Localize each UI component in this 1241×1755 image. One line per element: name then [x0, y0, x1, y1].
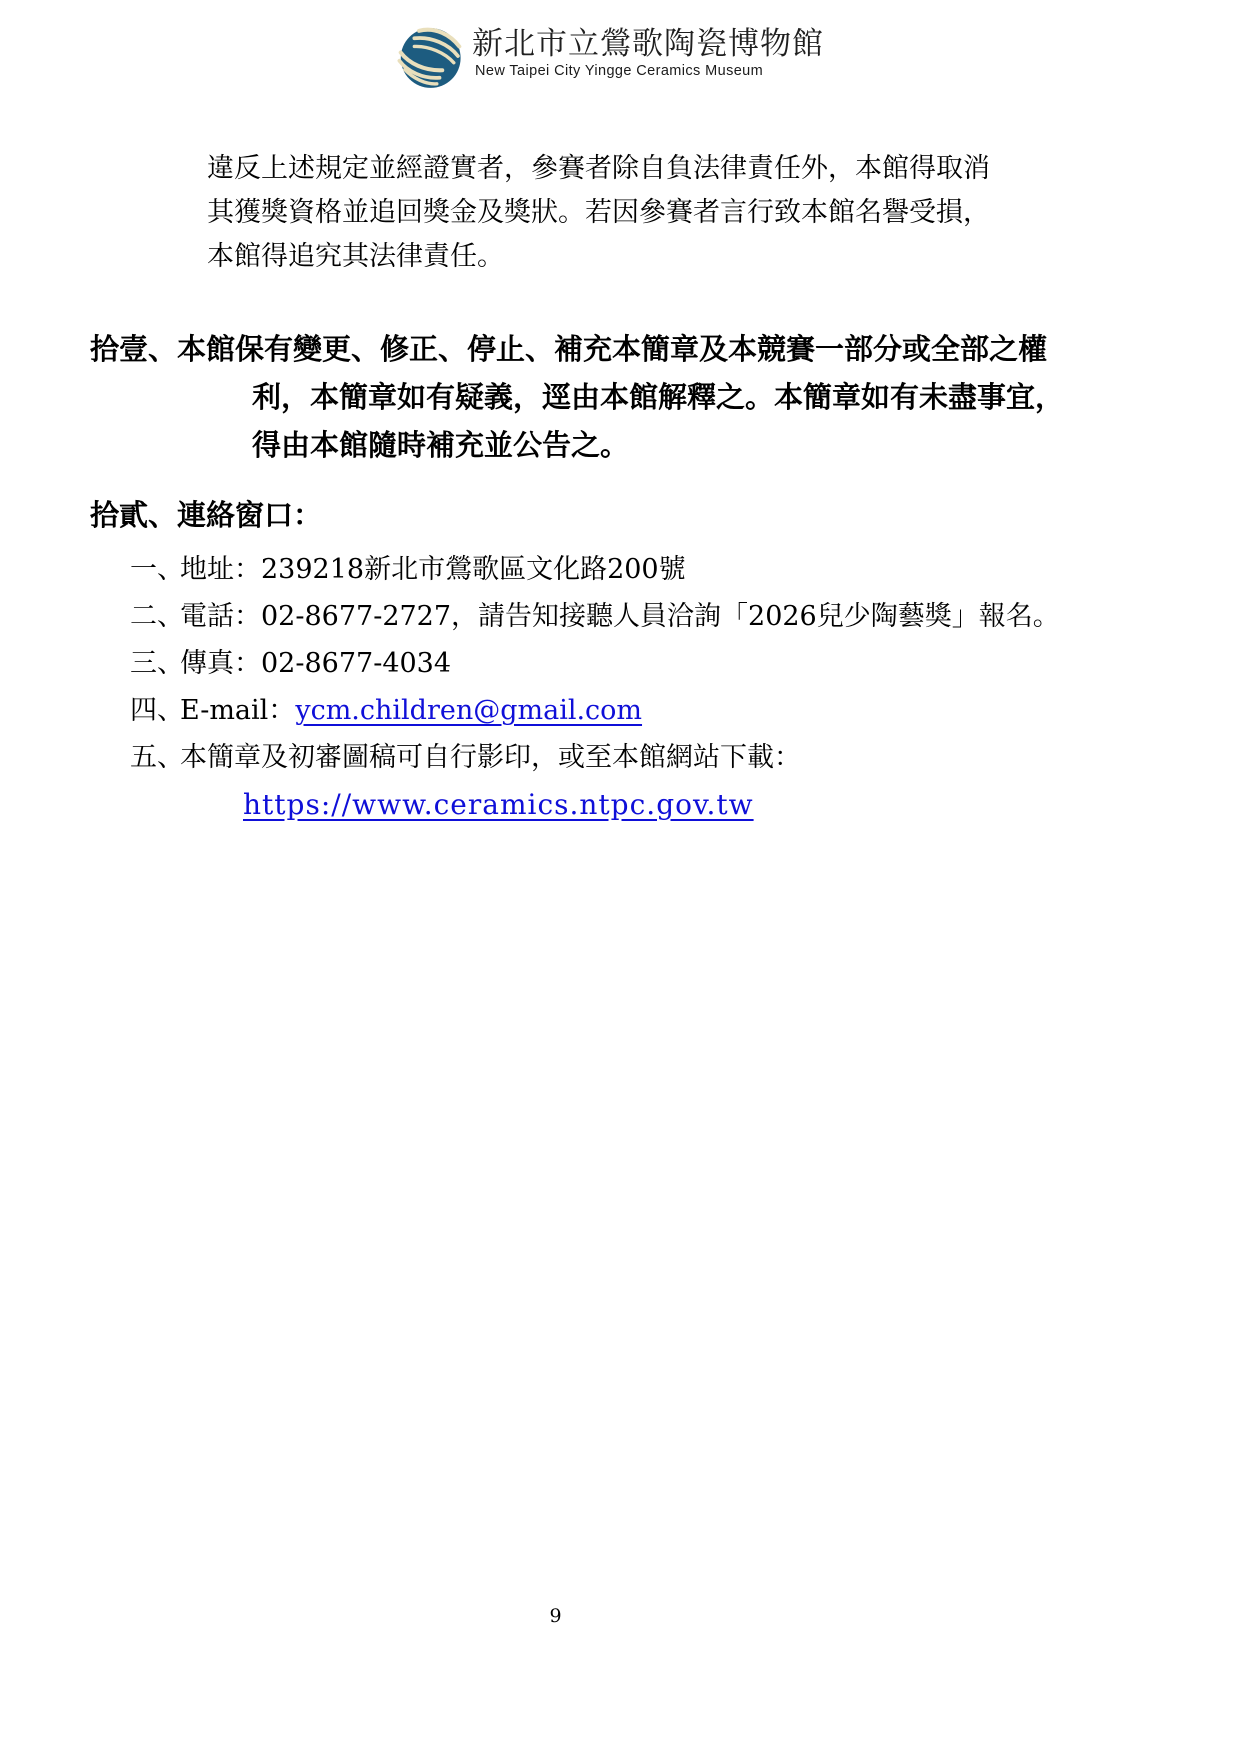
museum-logo-header: 新北市立鶯歌陶瓷博物館 New Taipei City Yingge Ceram…: [0, 0, 1241, 110]
section-11-heading-line-1: 拾壹、本館保有變更、修正、停止、補充本簡章及本競賽一部分或全部之權: [90, 331, 1047, 367]
website-link-line: https://www.ceramics.ntpc.gov.tw: [243, 788, 754, 822]
contact-item-email-text: E-mail：ycm.children@gmail.com: [180, 694, 642, 728]
email-link[interactable]: ycm.children@gmail.com: [295, 695, 642, 726]
section-12-heading: 拾貳、連絡窗口：: [90, 497, 322, 533]
website-link[interactable]: https://www.ceramics.ntpc.gov.tw: [243, 788, 754, 821]
page-number: 9: [0, 1605, 1111, 1627]
document-page: 新北市立鶯歌陶瓷博物館 New Taipei City Yingge Ceram…: [0, 0, 1241, 1755]
museum-name-zh: 新北市立鶯歌陶瓷博物館: [472, 25, 824, 63]
contact-item-download-number: 五、: [130, 741, 184, 775]
contact-item-phone-number: 二、: [130, 600, 184, 634]
contact-item-phone-text: 電話：02-8677-2727，請告知接聽人員洽詢「2026兒少陶藝獎」報名。: [180, 600, 1060, 634]
intro-paragraph-line-2: 其獲獎資格並追回獎金及獎狀。若因參賽者言行致本館名譽受損，: [207, 196, 990, 230]
contact-item-address-number: 一、: [130, 553, 184, 587]
intro-paragraph-line-3: 本館得追究其法律責任。: [207, 240, 504, 274]
contact-item-fax-text: 傳真：02-8677-4034: [180, 647, 451, 681]
museum-logo-icon: [396, 24, 464, 92]
email-label: E-mail：: [180, 695, 295, 726]
contact-item-email-number: 四、: [130, 694, 184, 728]
contact-item-download-text: 本簡章及初審圖稿可自行影印，或至本館網站下載：: [180, 741, 801, 775]
contact-item-fax-number: 三、: [130, 647, 184, 681]
intro-paragraph-line-1: 違反上述規定並經證實者，參賽者除自負法律責任外，本館得取消: [207, 152, 990, 186]
section-11-line-3: 得由本館隨時補充並公告之。: [252, 427, 629, 463]
contact-item-address-text: 地址：239218新北市鶯歌區文化路200號: [180, 553, 686, 587]
section-11-line-2: 利，本簡章如有疑義，逕由本館解釋之。本簡章如有未盡事宜，: [252, 379, 1064, 415]
museum-name-en: New Taipei City Yingge Ceramics Museum: [475, 63, 763, 79]
